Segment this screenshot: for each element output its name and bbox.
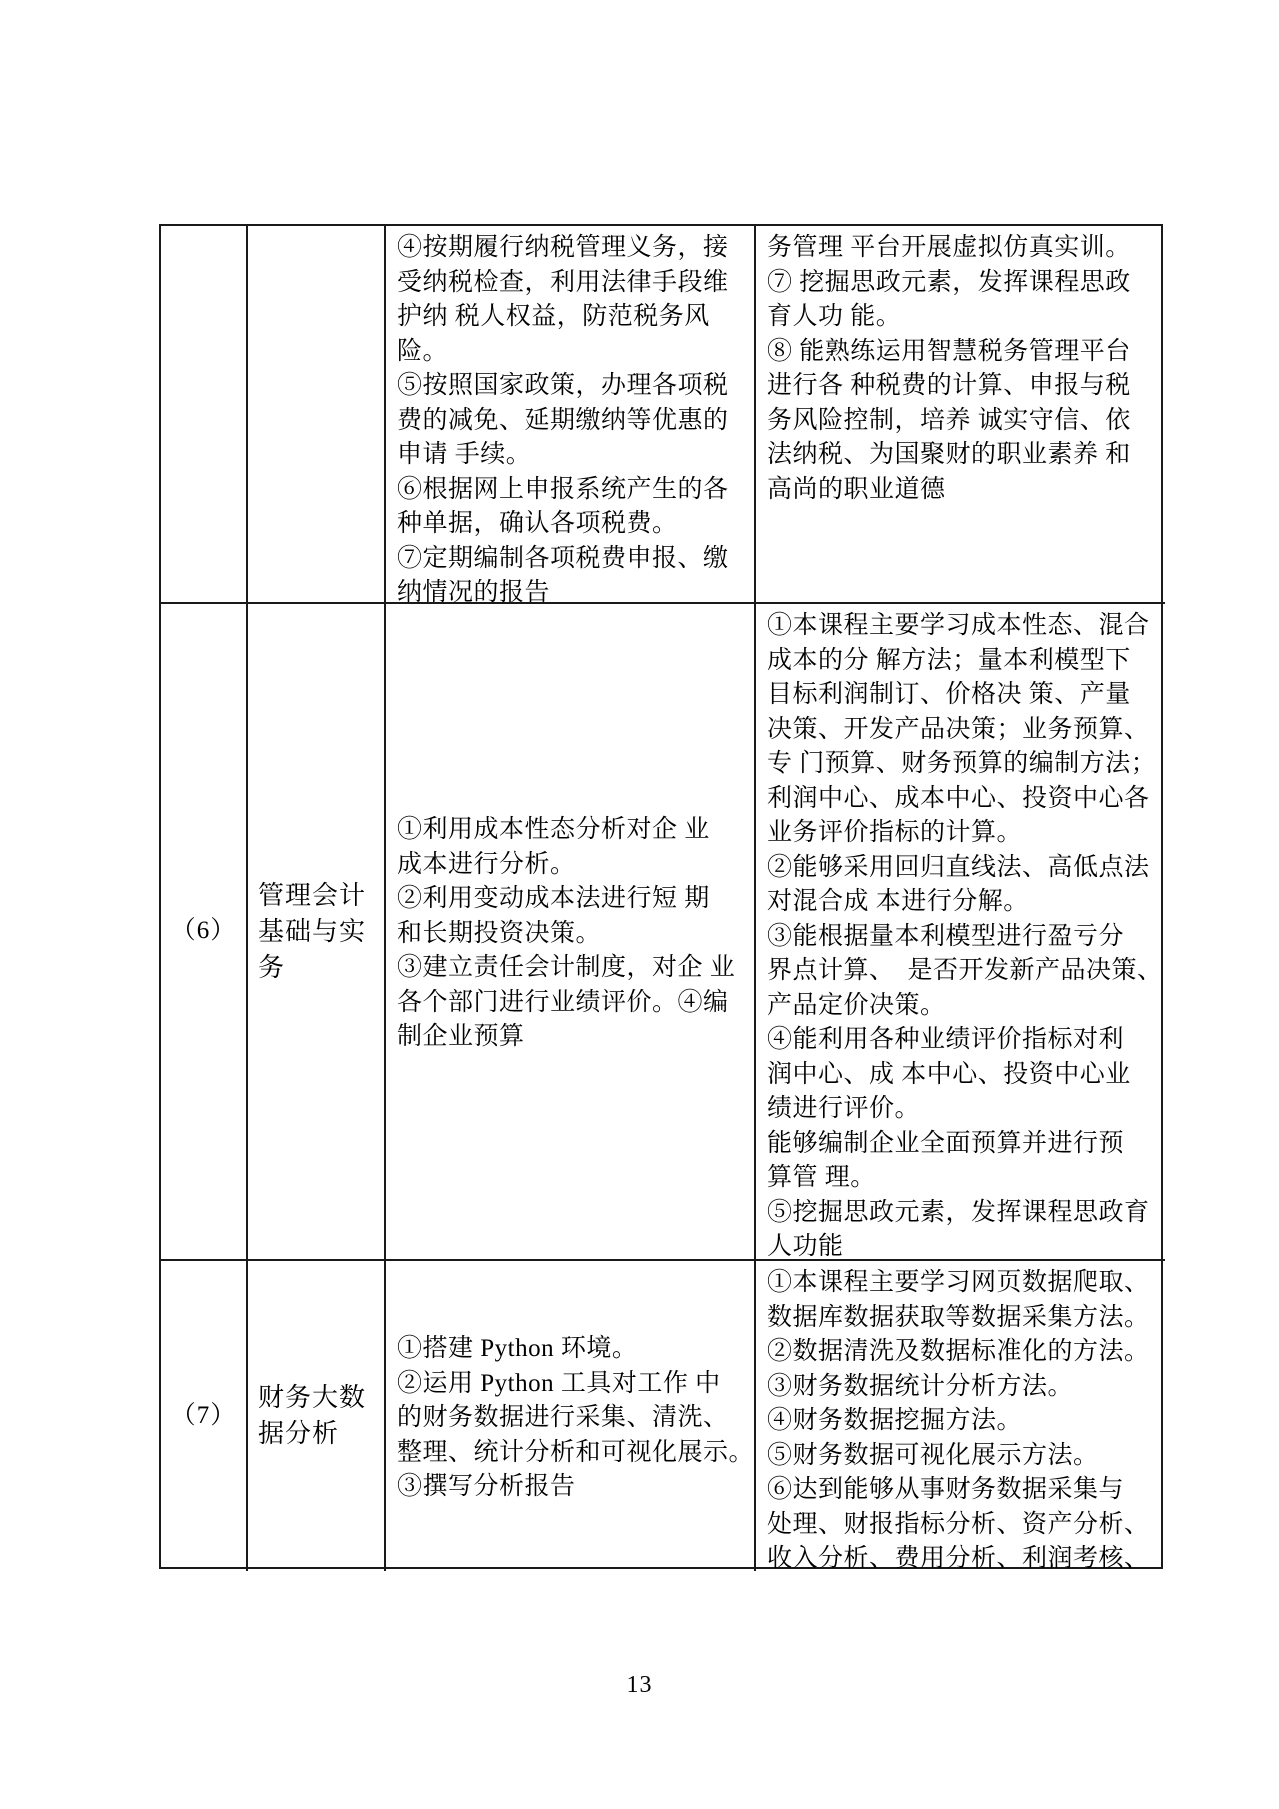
course-name: 管理会计基础与实务 [258,878,384,986]
row-number: （7） [171,1399,237,1434]
outcomes-cell: ①本课程主要学习网页数据爬取、数据库数据获取等数据采集方法。②数据清洗及数据标准… [756,1261,1165,1571]
row-number-cell [161,226,248,604]
tasks-cell: ①搭建 Python 环境。②运用 Python 工具对工作 中的财务数据进行采… [386,1261,756,1571]
page-number: 13 [0,1672,1279,1699]
outcomes-text: ①本课程主要学习网页数据爬取、数据库数据获取等数据采集方法。②数据清洗及数据标准… [767,1266,1159,1571]
tasks-cell: ④按期履行纳税管理义务，接受纳税检查，利用法律手段维护纳 税人权益，防范税务风险… [386,226,756,604]
row-number: （6） [171,914,237,949]
course-name: 财务大数据分析 [258,1380,384,1452]
course-name-cell: 财务大数据分析 [248,1261,386,1571]
tasks-text: ④按期履行纳税管理义务，接受纳税检查，利用法律手段维护纳 税人权益，防范税务风险… [397,231,748,604]
document-page: ④按期履行纳税管理义务，接受纳税检查，利用法律手段维护纳 税人权益，防范税务风险… [0,0,1279,1809]
tasks-text: ①利用成本性态分析对企 业成本进行分析。②利用变动成本法进行短 期和长期投资决策… [397,813,748,1055]
outcomes-text: 务管理 平台开展虚拟仿真实训。⑦ 挖掘思政元素，发挥课程思政育人功 能。⑧ 能熟… [767,231,1159,507]
course-name-cell [248,226,386,604]
outcomes-text: ①本课程主要学习成本性态、混合成本的分 解方法；量本利模型下目标利润制订、价格决… [767,609,1159,1261]
tasks-cell: ①利用成本性态分析对企 业成本进行分析。②利用变动成本法进行短 期和长期投资决策… [386,604,756,1261]
outcomes-cell: 务管理 平台开展虚拟仿真实训。⑦ 挖掘思政元素，发挥课程思政育人功 能。⑧ 能熟… [756,226,1165,604]
row-number-cell: （6） [161,604,248,1261]
outcomes-cell: ①本课程主要学习成本性态、混合成本的分 解方法；量本利模型下目标利润制订、价格决… [756,604,1165,1261]
course-name-cell: 管理会计基础与实务 [248,604,386,1261]
row-number-cell: （7） [161,1261,248,1571]
course-table: ④按期履行纳税管理义务，接受纳税检查，利用法律手段维护纳 税人权益，防范税务风险… [159,224,1163,1569]
tasks-text: ①搭建 Python 环境。②运用 Python 工具对工作 中的财务数据进行采… [397,1332,748,1505]
